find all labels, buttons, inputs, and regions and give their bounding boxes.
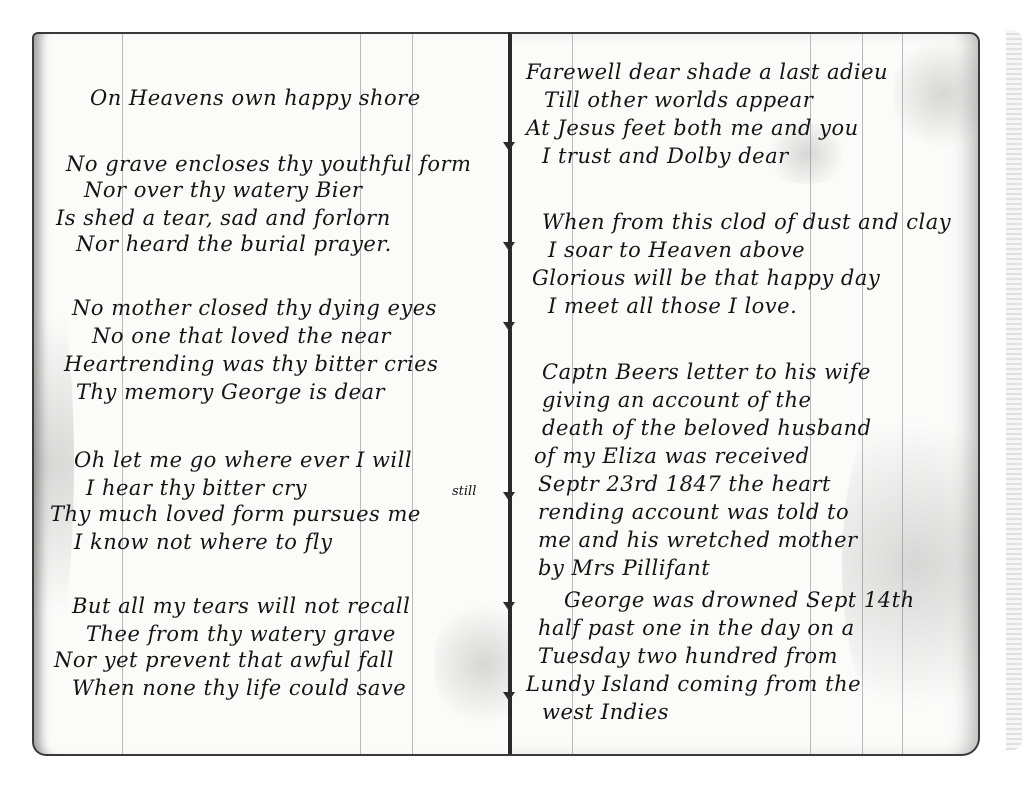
poem-line: No mother closed thy dying eyes: [72, 296, 437, 320]
poem-line: Nor yet prevent that awful fall: [54, 648, 394, 672]
poem-line: When none thy life could save: [72, 676, 406, 700]
poem-line: On Heavens own happy shore: [90, 86, 421, 110]
letter-note-line: death of the beloved husband: [542, 416, 872, 440]
drowning-note-line: half past one in the day on a: [538, 616, 855, 640]
poem-line: Thee from thy watery grave: [86, 622, 396, 646]
poem-line: Glorious will be that happy day: [532, 266, 880, 290]
poem-line: At Jesus feet both me and you: [526, 116, 859, 140]
poem-line: Thy much loved form pursues me: [50, 502, 421, 526]
scan-smudge: [434, 594, 512, 734]
poem-line: I know not where to fly: [74, 530, 332, 554]
left-page: On Heavens own happy shore No grave encl…: [32, 32, 512, 756]
stitch-mark: [503, 602, 515, 611]
drowning-note-line: Lundy Island coming from the: [526, 672, 861, 696]
stitch-mark: [503, 492, 515, 501]
poem-line: Nor heard the burial prayer.: [76, 232, 392, 256]
stitch-mark: [503, 142, 515, 151]
scan-smudge: [892, 34, 980, 154]
poem-line: Is shed a tear, sad and forlorn: [56, 206, 391, 230]
binding-spine: [508, 32, 511, 754]
poem-line: Nor over thy watery Bier: [84, 178, 362, 202]
drowning-note-line: west Indies: [542, 700, 669, 724]
letter-note-line: Captn Beers letter to his wife: [542, 360, 871, 384]
drowning-note-line: Tuesday two hundred from: [538, 644, 838, 668]
page-edges: [1006, 30, 1022, 750]
poem-line: Oh let me go where ever I will: [74, 448, 412, 472]
poem-line: I trust and Dolby dear: [542, 144, 789, 168]
scan-smudge: [32, 254, 74, 674]
ruled-line: [412, 34, 413, 754]
stitch-mark: [503, 242, 515, 251]
letter-note-line: giving an account of the: [542, 388, 811, 412]
poem-line: Till other worlds appear: [544, 88, 813, 112]
poem-line: When from this clod of dust and clay: [542, 210, 951, 234]
drowning-note-line: George was drowned Sept 14th: [564, 588, 915, 612]
poem-line: No one that loved the near: [92, 324, 391, 348]
poem-line: Heartrending was thy bitter cries: [64, 352, 438, 376]
inserted-word: still: [452, 484, 476, 499]
poem-line: I meet all those I love.: [548, 294, 797, 318]
poem-line: Thy memory George is dear: [76, 380, 385, 404]
notebook-spread: On Heavens own happy shore No grave encl…: [28, 24, 1008, 764]
letter-note-line: by Mrs Pillifant: [538, 556, 710, 580]
stitch-mark: [503, 692, 515, 701]
letter-note-line: Septr 23rd 1847 the heart: [538, 472, 831, 496]
letter-note-line: of my Eliza was received: [534, 444, 810, 468]
poem-line: I hear thy bitter cry: [86, 476, 307, 500]
poem-line: I soar to Heaven above: [548, 238, 805, 262]
poem-line: Farewell dear shade a last adieu: [526, 60, 888, 84]
stitch-mark: [503, 322, 515, 331]
letter-note-line: me and his wretched mother: [538, 528, 858, 552]
poem-line: No grave encloses thy youthful form: [66, 152, 471, 176]
right-page: Farewell dear shade a last adieu Till ot…: [510, 32, 980, 756]
poem-line: But all my tears will not recall: [72, 594, 410, 618]
letter-note-line: rending account was told to: [538, 500, 849, 524]
